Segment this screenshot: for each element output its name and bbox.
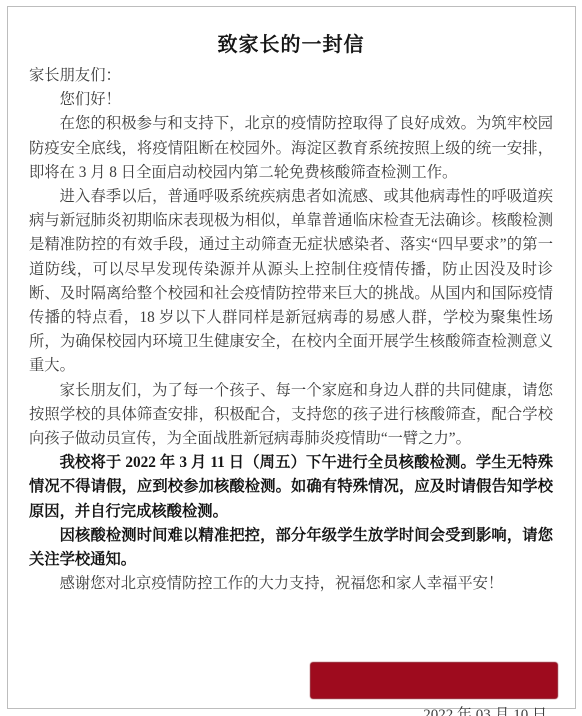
greeting: 您们好！ (29, 88, 553, 112)
letter-title: 致家长的一封信 (29, 31, 553, 59)
salutation: 家长朋友们： (29, 64, 553, 88)
closing-thanks: 感谢您对北京疫情防控工作的大力支持，祝福您和家人幸福平安！ (29, 572, 553, 596)
paragraph-intro: 在您的积极参与和支持下，北京的疫情防控取得了良好成效。为筑牢校园防疫安全底线，将… (29, 112, 553, 185)
paragraph-test-schedule: 我校将于 2022 年 3 月 11 日（周五）下午进行全员核酸检测。学生无特殊… (29, 451, 553, 524)
letter-page: 致家长的一封信 家长朋友们： 您们好！ 在您的积极参与和支持下，北京的疫情防控取… (0, 0, 582, 716)
redaction-stamp (311, 663, 557, 698)
date-line: 2022 年 03 月 10 日 (29, 707, 553, 716)
paragraph-rationale: 进入春季以后，普通呼吸系统疾病患者如流感、或其他病毒性的呼吸道疾病与新冠肺炎初期… (29, 185, 553, 379)
paragraph-dismissal-notice: 因核酸检测时间难以精准把控，部分年级学生放学时间会受到影响，请您关注学校通知。 (29, 524, 553, 572)
letter-content: 致家长的一封信 家长朋友们： 您们好！ 在您的积极参与和支持下，北京的疫情防控取… (29, 31, 553, 716)
paragraph-appeal: 家长朋友们，为了每一个孩子、每一个家庭和身边人群的共同健康，请您按照学校的具体筛… (29, 379, 553, 452)
